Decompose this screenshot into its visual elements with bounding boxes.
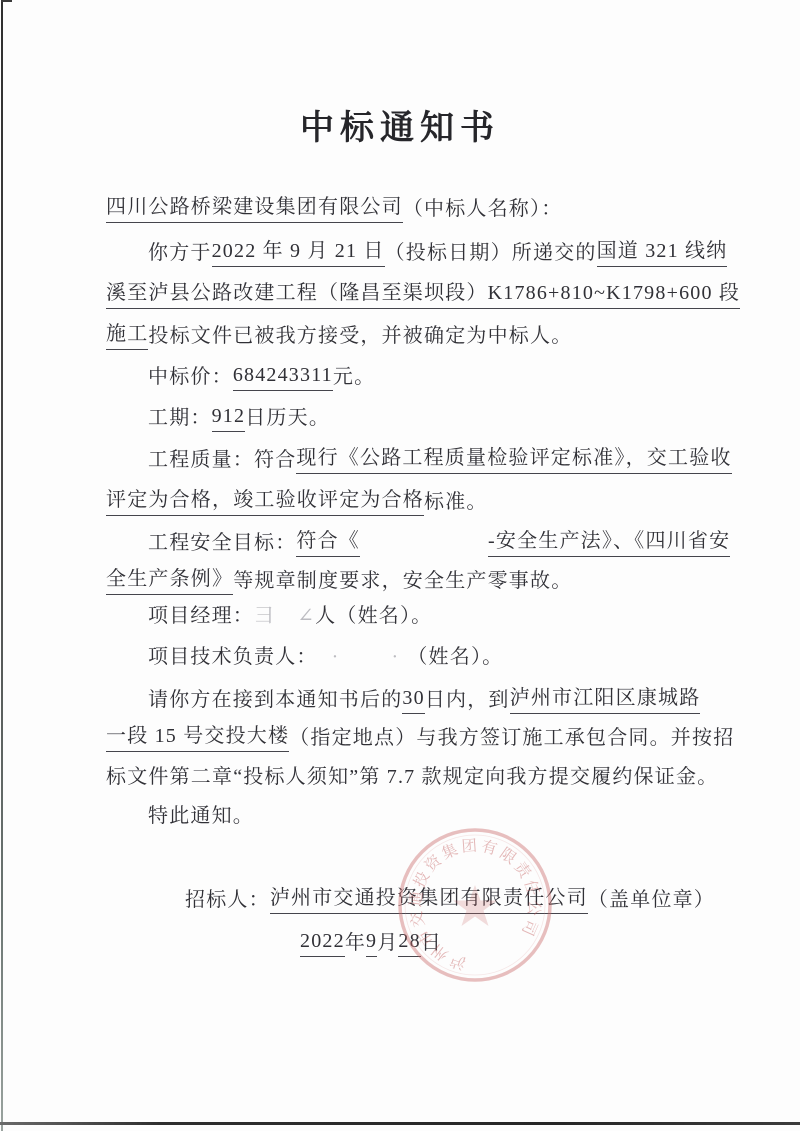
text-segment: · bbox=[391, 643, 399, 671]
text-segment: -安全生产法》、《四川省安 bbox=[488, 527, 730, 557]
text-line: 项目经理：彐∠人（姓名）。 bbox=[148, 602, 432, 632]
text-line: 评定为合格，竣工验收评定为合格标准。 bbox=[106, 486, 488, 516]
text-segment: 投标文件已被我方接受，并被确定为中标人。 bbox=[148, 322, 572, 350]
text-segment bbox=[360, 556, 488, 557]
text-line: 2022 年 9 月 28 日 bbox=[300, 927, 442, 957]
text-line: 施工投标文件已被我方接受，并被确定为中标人。 bbox=[106, 320, 572, 350]
text-line: 请你方在接到本通知书后的 30 日内，到 泸州市江阳区康城路 bbox=[148, 684, 700, 714]
text-segment bbox=[275, 629, 297, 630]
text-segment: 等规章制度要求，安全生产零事故。 bbox=[233, 567, 572, 595]
text-segment: 2022 bbox=[300, 927, 345, 957]
text-segment: ∠ bbox=[297, 602, 315, 630]
text-line: 全生产条例》等规章制度要求，安全生产零事故。 bbox=[106, 565, 572, 595]
text-segment bbox=[339, 670, 391, 671]
text-segment bbox=[318, 670, 332, 671]
text-segment: 年 bbox=[345, 929, 366, 957]
text-segment: 工程安全目标： bbox=[148, 529, 296, 557]
text-segment: 元。 bbox=[333, 363, 375, 391]
text-segment: 一段 15 号交投大楼 bbox=[106, 722, 289, 752]
scan-edge-left bbox=[1, 0, 3, 1131]
text-line: 中标价：684243311 元。 bbox=[148, 361, 375, 391]
text-line: 溪至泸县公路改建工程（隆昌至渠坝段）K1786+810~K1798+600 段 bbox=[106, 279, 740, 309]
text-segment: 招标人： bbox=[185, 886, 270, 914]
text-segment: 日内，到 bbox=[425, 686, 510, 714]
text-line: 特此通知。 bbox=[148, 802, 254, 832]
text-segment: 全生产条例》 bbox=[106, 565, 233, 595]
text-segment: 月 bbox=[377, 929, 398, 957]
text-segment: （指定地点）与我方签订施工承包合同。并按招 bbox=[289, 724, 734, 752]
text-segment: · bbox=[332, 643, 340, 671]
text-segment: （中标人名称）： bbox=[403, 195, 563, 223]
text-segment: （盖单位章） bbox=[588, 886, 715, 914]
scan-edge-bottom bbox=[0, 1122, 800, 1125]
text-segment: 日历天。 bbox=[245, 404, 330, 432]
text-segment: 现行《公路工程质量检验评定标准》，交工验收 bbox=[296, 444, 731, 474]
text-line: 一段 15 号交投大楼（指定地点）与我方签订施工承包合同。并按招 bbox=[106, 722, 734, 752]
text-segment: （投标日期）所递交的 bbox=[385, 239, 597, 267]
text-segment: 日 bbox=[421, 929, 442, 957]
text-segment: 符合《 bbox=[296, 527, 360, 557]
text-line: 招标人：泸州市交通投资集团有限责任公司（盖单位章） bbox=[185, 884, 715, 914]
text-segment: 工程质量：符合 bbox=[148, 446, 296, 474]
text-segment: 泸州市江阳区康城路 bbox=[510, 684, 701, 714]
text-segment: 30 bbox=[402, 684, 424, 714]
text-segment: 标准。 bbox=[424, 488, 488, 516]
scan-edge-corner bbox=[1, 0, 12, 2]
text-segment: 912 bbox=[212, 402, 246, 432]
text-segment: 泸州市交通投资集团有限责任公司 bbox=[270, 884, 588, 914]
text-line: 四川公路桥梁建设集团有限公司（中标人名称）： bbox=[106, 193, 562, 223]
text-segment: 2022 年 9 月 21 日 bbox=[212, 237, 385, 267]
text-line: 工程安全目标：符合《-安全生产法》、《四川省安 bbox=[148, 527, 730, 557]
text-segment: 28 bbox=[398, 927, 420, 957]
text-line: 你方于 2022 年 9 月 21 日 （投标日期）所递交的国道 321 线纳 bbox=[148, 237, 727, 267]
text-segment: 彐 bbox=[254, 602, 275, 630]
text-segment: 中标价： bbox=[148, 363, 233, 391]
document-title: 中标通知书 bbox=[0, 100, 800, 149]
text-segment bbox=[399, 670, 407, 671]
text-segment: 工期： bbox=[148, 404, 212, 432]
text-segment: 684243311 bbox=[233, 361, 333, 391]
text-segment: 9 bbox=[366, 927, 377, 957]
text-segment: （姓名）。 bbox=[407, 643, 503, 671]
text-segment: 施工 bbox=[106, 320, 148, 350]
text-segment: 特此通知。 bbox=[148, 802, 254, 830]
text-segment: 请你方在接到本通知书后的 bbox=[148, 686, 402, 714]
text-segment: 你方于 bbox=[148, 239, 212, 267]
text-line: 标文件第二章“投标人须知”第 7.7 款规定向我方提交履约保证金。 bbox=[106, 763, 718, 793]
text-segment: 项目技术负责人： bbox=[148, 643, 318, 671]
text-line: 项目技术负责人：··（姓名）。 bbox=[148, 643, 503, 673]
scanned-document-page: 中标通知书 四川公路桥梁建设集团有限公司（中标人名称）：你方于 2022 年 9… bbox=[0, 0, 800, 1131]
text-segment: 标文件第二章“投标人须知”第 7.7 款规定向我方提交履约保证金。 bbox=[106, 763, 718, 791]
text-line: 工程质量：符合现行《公路工程质量检验评定标准》，交工验收 bbox=[148, 444, 732, 474]
text-segment: 溪至泸县公路改建工程（隆昌至渠坝段）K1786+810~K1798+600 段 bbox=[106, 279, 740, 309]
text-segment: 评定为合格，竣工验收评定为合格 bbox=[106, 486, 424, 516]
text-segment: 项目经理： bbox=[148, 602, 254, 630]
text-line: 工期： 912 日历天。 bbox=[148, 402, 330, 432]
text-segment: 人（姓名）。 bbox=[315, 602, 432, 630]
text-segment: 国道 321 线纳 bbox=[597, 237, 728, 267]
text-segment: 四川公路桥梁建设集团有限公司 bbox=[106, 193, 403, 223]
